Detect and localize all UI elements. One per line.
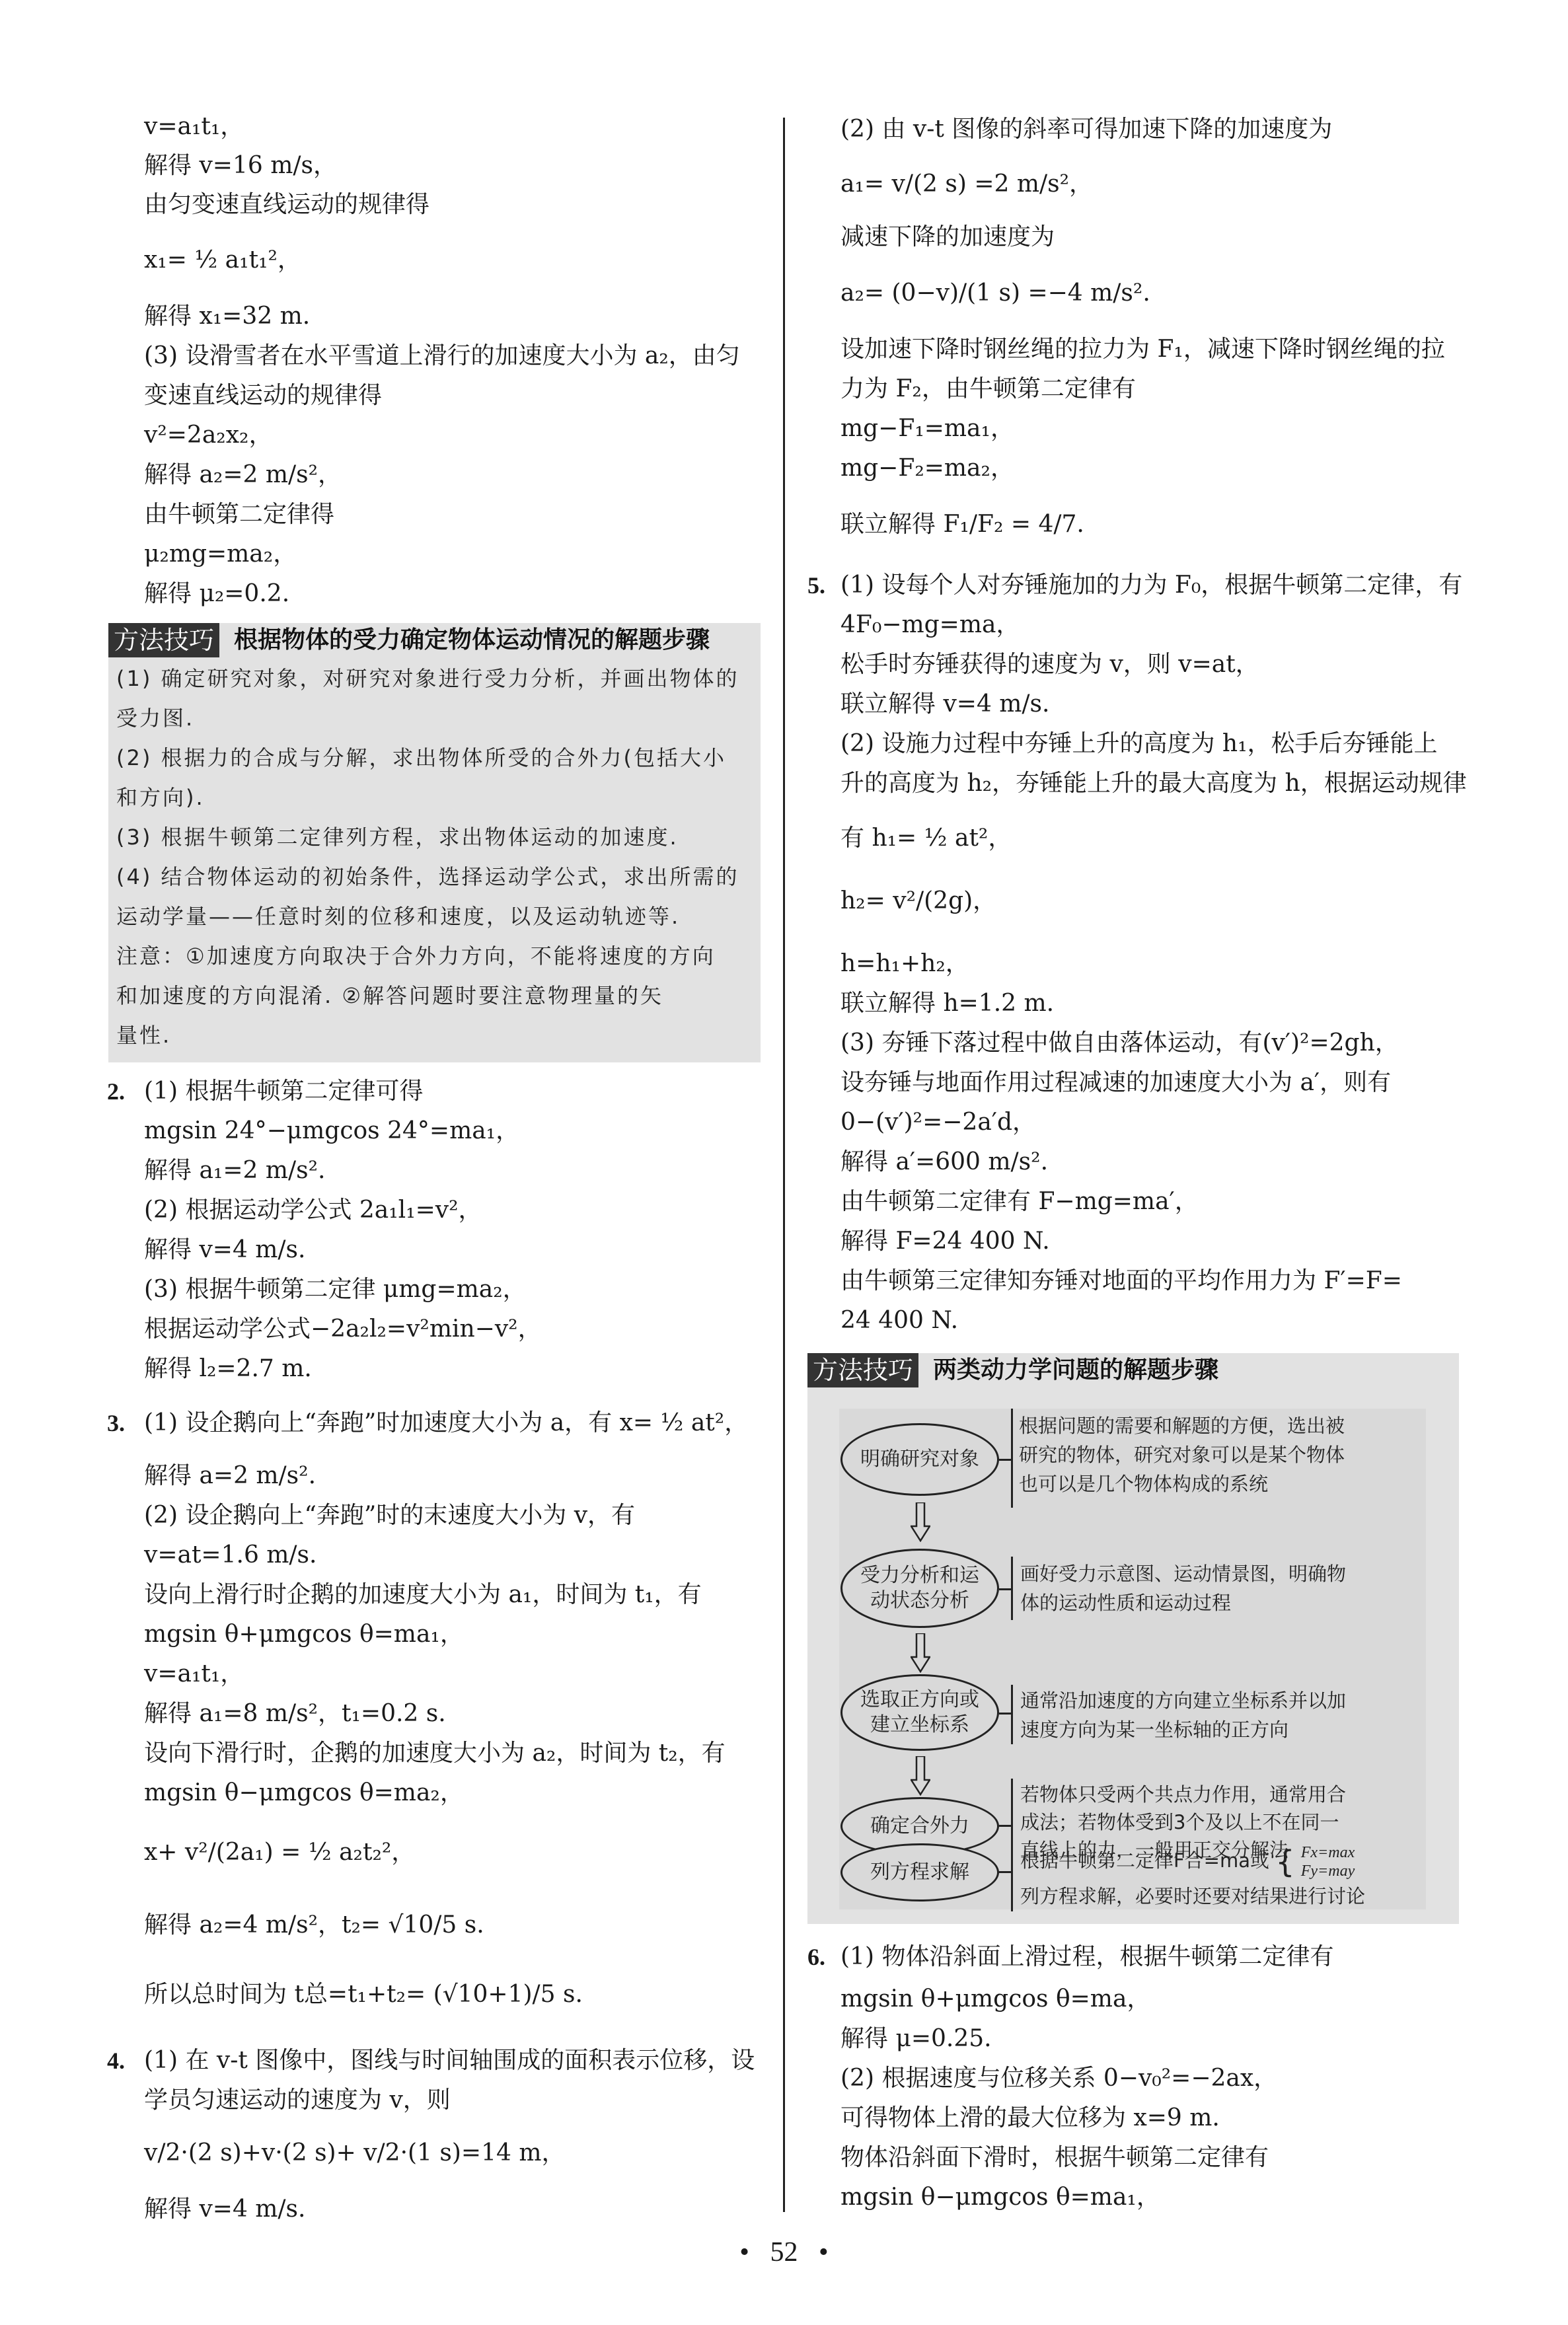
method-tip-title: 两类动力学问题的解题步骤	[933, 1353, 1218, 1387]
step-desc: 列方程求解，必要时还要对结果进行讨论	[1020, 1882, 1365, 1911]
text-line: 解得 x₁=32 m.	[144, 301, 310, 332]
text-line: 学员匀速运动的速度为 v，则	[144, 2085, 451, 2116]
text-line: (1) 设企鹅向上“奔跑”时加速度大小为 a，有 x= ½ at²，	[144, 1407, 748, 1439]
bracket-line	[1011, 1557, 1013, 1620]
equation-line: mgsin θ+μmgcos θ=ma₁，	[144, 1619, 464, 1650]
text-line: (3) 夯锤下落过程中做自由落体运动，有(v′)²=2gh，	[840, 1027, 1399, 1059]
equation-line: x₁= ½ a₁t₁²，	[144, 244, 301, 276]
flowchart-node: 明确研究对象	[840, 1423, 999, 1496]
equation-line: a₁= v/(2 s) =2 m/s²，	[840, 168, 1093, 200]
text-line: (2) 根据运动学公式 2a₁l₁=v²，	[144, 1195, 482, 1226]
step-desc: 画好受力示意图、运动情景图，明确物	[1020, 1559, 1346, 1588]
text-line: 力为 F₂，由牛顿第二定律有	[840, 373, 1136, 405]
flowchart-node: 受力分析和运动状态分析	[840, 1549, 999, 1628]
text-line: 解得 μ₂=0.2.	[144, 578, 289, 610]
text-line: 物体沿斜面下滑时，根据牛顿第二定律有	[840, 2142, 1269, 2174]
method-tip-box: 方法技巧 根据物体的受力确定物体运动情况的解题步骤 (1) 确定研究对象，对研究…	[108, 623, 761, 1062]
equation-line: 有 h₁= ½ at²，	[840, 823, 1012, 854]
text-line: 联立解得 h=1.2 m.	[840, 988, 1054, 1019]
text-line: 解得 a₂=4 m/s²，t₂= √10/5 s.	[144, 1909, 484, 1941]
equation-line: μ₂mg=ma₂，	[144, 538, 297, 570]
step-desc: 通常沿加速度的方向建立坐标系并以加	[1020, 1686, 1346, 1715]
text-line: v=a₁t₁，	[144, 111, 244, 143]
text-line: (1) 物体沿斜面上滑过程，根据牛顿第二定律有	[840, 1941, 1333, 1973]
text-line: 所以总时间为 t总=t₁+t₂= (√10+1)/5 s.	[144, 1979, 583, 2011]
connector-line	[999, 1588, 1011, 1590]
down-arrow-icon	[911, 1502, 930, 1542]
text-line: 解得 a=2 m/s².	[144, 1460, 316, 1492]
dot-icon: •	[819, 2237, 829, 2268]
text-line: 可得物体上滑的最大位移为 x=9 m.	[840, 2102, 1220, 2134]
method-tip-badge: 方法技巧	[807, 1353, 918, 1387]
connector-line	[999, 1713, 1011, 1715]
flowchart-panel: 明确研究对象 根据问题的需要和解题的方便，选出被 研究的物体，研究对象可以是某个…	[839, 1409, 1426, 1909]
text-line: (1) 设每个人对夯锤施加的力为 F₀，根据牛顿第二定律，有	[840, 570, 1462, 601]
dot-icon: •	[739, 2237, 749, 2268]
step-desc: 若物体只受两个共点力作用，通常用合	[1020, 1780, 1346, 1809]
tip-line: (1) 确定研究对象，对研究对象进行受力分析，并画出物体的	[116, 664, 739, 693]
tip-line: (3) 根据牛顿第二定律列方程，求出物体运动的加速度.	[116, 823, 679, 852]
text-line: 解得 μ=0.25.	[840, 2023, 992, 2055]
down-arrow-icon	[911, 1756, 930, 1796]
page-number-value: 52	[770, 2237, 798, 2268]
tip-line: 和加速度的方向混淆. ②解答问题时要注意物理量的矢	[116, 981, 663, 1010]
text-line: 由牛顿第二定律得	[144, 499, 334, 531]
tip-line: 和方向).	[116, 783, 205, 812]
text-line: 解得 a′=600 m/s².	[840, 1146, 1048, 1178]
text-line: 解得 F=24 400 N.	[840, 1226, 1050, 1257]
method-tip-badge: 方法技巧	[108, 623, 219, 657]
text-line: (2) 设企鹅向上“奔跑”时的末速度大小为 v，有	[144, 1500, 635, 1532]
method-tip-box: 方法技巧 两类动力学问题的解题步骤 明确研究对象 根据问题的需要和解题的方便，选…	[807, 1353, 1459, 1924]
node-label: 选取正方向或建立坐标系	[860, 1687, 979, 1738]
equation-line: v/2·(2 s)+v·(2 s)+ v/2·(1 s)=14 m，	[144, 2137, 565, 2169]
text-line: 联立解得 v=4 m/s.	[840, 688, 1049, 720]
problem-number: 6.	[807, 1941, 825, 1973]
text-line: 24 400 N.	[840, 1305, 958, 1337]
node-label: 确定合外力	[870, 1814, 969, 1839]
text-line: 解得 a₁=8 m/s²，t₁=0.2 s.	[144, 1698, 446, 1730]
text-line: 升的高度为 h₂，夯锤能上升的最大高度为 h，根据运动规律	[840, 768, 1467, 799]
bracket-line	[1011, 1409, 1013, 1508]
equation-line: h=h₁+h₂，	[840, 948, 969, 980]
bracket-line	[1011, 1685, 1013, 1744]
equation-line: 联立解得 F₁/F₂ = 4/7.	[840, 509, 1084, 540]
node-label: 明确研究对象	[860, 1447, 979, 1472]
step-desc: 成法；若物体受到3个及以上不在同一	[1020, 1808, 1339, 1837]
equation-line: h₂= v²/(2g)，	[840, 885, 996, 917]
tip-line: 受力图.	[116, 704, 194, 733]
text-line: 由牛顿第三定律知夯锤对地面的平均作用力为 F′=F=	[840, 1265, 1402, 1297]
text-line: (1) 根据牛顿第二定律可得	[144, 1076, 423, 1107]
text-line: (2) 由 v-t 图像的斜率可得加速下降的加速度为	[840, 114, 1332, 145]
text-line: 松手时夯锤获得的速度为 v，则 v=at，	[840, 649, 1259, 681]
step-desc: 根据问题的需要和解题的方便，选出被	[1019, 1411, 1345, 1440]
flowchart-node: 列方程求解	[840, 1843, 999, 1901]
method-tip-title: 根据物体的受力确定物体运动情况的解题步骤	[234, 623, 710, 657]
connector-line	[999, 1871, 1011, 1873]
connector-line	[999, 1459, 1011, 1461]
problem-number: 2.	[107, 1076, 125, 1107]
tip-line: 量性.	[116, 1021, 171, 1050]
node-label: 列方程求解	[870, 1860, 969, 1885]
equation-line: mg−F₂=ma₂，	[840, 453, 1014, 484]
text-line: 设向下滑行时，企鹅的加速度大小为 a₂，时间为 t₂，有	[144, 1738, 726, 1769]
equation-line: 4F₀−mg=ma，	[840, 609, 1020, 641]
problem-number: 4.	[107, 2045, 125, 2077]
text-line: 由牛顿第二定律有 F−mg=ma′，	[840, 1186, 1199, 1218]
tip-line: 注意：①加速度方向取决于合外力方向，不能将速度的方向	[116, 941, 716, 971]
text-line: 解得 v=16 m/s，	[144, 150, 337, 182]
text-line: 根据运动学公式−2a₂l₂=v²min−v²，	[144, 1313, 542, 1345]
equation-line: a₂= (0−v)/(1 s) =−4 m/s².	[840, 277, 1150, 309]
column-divider	[783, 118, 785, 2212]
tip-line: 运动学量——任意时刻的位移和速度，以及运动轨迹等.	[116, 902, 680, 931]
equation-line: 0−(v′)²=−2a′d，	[840, 1107, 1036, 1138]
text-line: 设向上滑行时企鹅的加速度大小为 a₁，时间为 t₁，有	[144, 1579, 702, 1611]
text-line: 由匀变速直线运动的规律得	[144, 189, 429, 221]
bracket-line	[1011, 1833, 1013, 1911]
equation-line: mgsin 24°−μmgcos 24°=ma₁，	[144, 1115, 519, 1147]
down-arrow-icon	[911, 1633, 930, 1673]
text-line: 变速直线运动的规律得	[144, 380, 382, 412]
connector-line	[999, 1825, 1011, 1827]
text-line: 减速下降的加速度为	[840, 221, 1055, 253]
step-desc: 研究的物体，研究对象可以是某个物体	[1019, 1440, 1345, 1469]
text-line: 设夯锤与地面作用过程减速的加速度大小为 a′，则有	[840, 1067, 1391, 1099]
step-desc: 根据牛顿第二定律F合=ma或 { Fx=maxFy=may	[1020, 1843, 1355, 1880]
step-desc: 也可以是几个物体构成的系统	[1019, 1469, 1268, 1498]
step-desc: 体的运动性质和运动过程	[1020, 1588, 1231, 1617]
text-line: 解得 a₂=2 m/s²，	[144, 459, 342, 491]
tip-line: (2) 根据力的合成与分解，求出物体所受的合外力(包括大小	[116, 743, 726, 772]
node-label: 受力分析和运动状态分析	[860, 1563, 979, 1613]
page-number: • 52 •	[0, 2236, 1568, 2268]
equation-line: v=at=1.6 m/s.	[144, 1539, 317, 1571]
text-line: (2) 根据速度与位移关系 0−v₀²=−2ax，	[840, 2063, 1277, 2094]
step-desc: 速度方向为某一坐标轴的正方向	[1020, 1715, 1288, 1744]
flowchart-node: 选取正方向或建立坐标系	[840, 1674, 999, 1751]
text-line: 解得 l₂=2.7 m.	[144, 1353, 312, 1385]
text-line: 解得 a₁=2 m/s².	[144, 1155, 325, 1187]
text-line: (3) 设滑雪者在水平雪道上滑行的加速度大小为 a₂，由匀	[144, 340, 740, 372]
equation-line: v²=2a₂x₂，	[144, 420, 272, 451]
equation-line: mgsin θ+μmgcos θ=ma，	[840, 1983, 1150, 2015]
equation-line: mgsin θ−μmgcos θ=ma₂，	[144, 1777, 464, 1809]
text-line: 设加速下降时钢丝绳的拉力为 F₁，减速下降时钢丝绳的拉	[840, 334, 1445, 365]
problem-number: 5.	[807, 570, 825, 601]
equation-line: mg−F₁=ma₁，	[840, 413, 1014, 445]
equation-line: v=a₁t₁，	[144, 1658, 244, 1690]
text-line: (3) 根据牛顿第二定律 μmg=ma₂，	[144, 1274, 527, 1306]
equation-line: x+ v²/(2a₁) = ½ a₂t₂²，	[144, 1837, 415, 1868]
text-line: 解得 v=4 m/s.	[144, 1234, 305, 1266]
text-line: (1) 在 v-t 图像中，图线与时间轴围成的面积表示位移，设	[144, 2045, 755, 2077]
text-line: 解得 v=4 m/s.	[144, 2194, 305, 2225]
problem-number: 3.	[107, 1407, 125, 1439]
tip-line: (4) 结合物体运动的初始条件，选择运动学公式，求出所需的	[116, 862, 739, 891]
equation-line: mgsin θ−μmgcos θ=ma₁，	[840, 2182, 1160, 2213]
text-line: (2) 设施力过程中夯锤上升的高度为 h₁，松手后夯锤能上	[840, 728, 1438, 760]
